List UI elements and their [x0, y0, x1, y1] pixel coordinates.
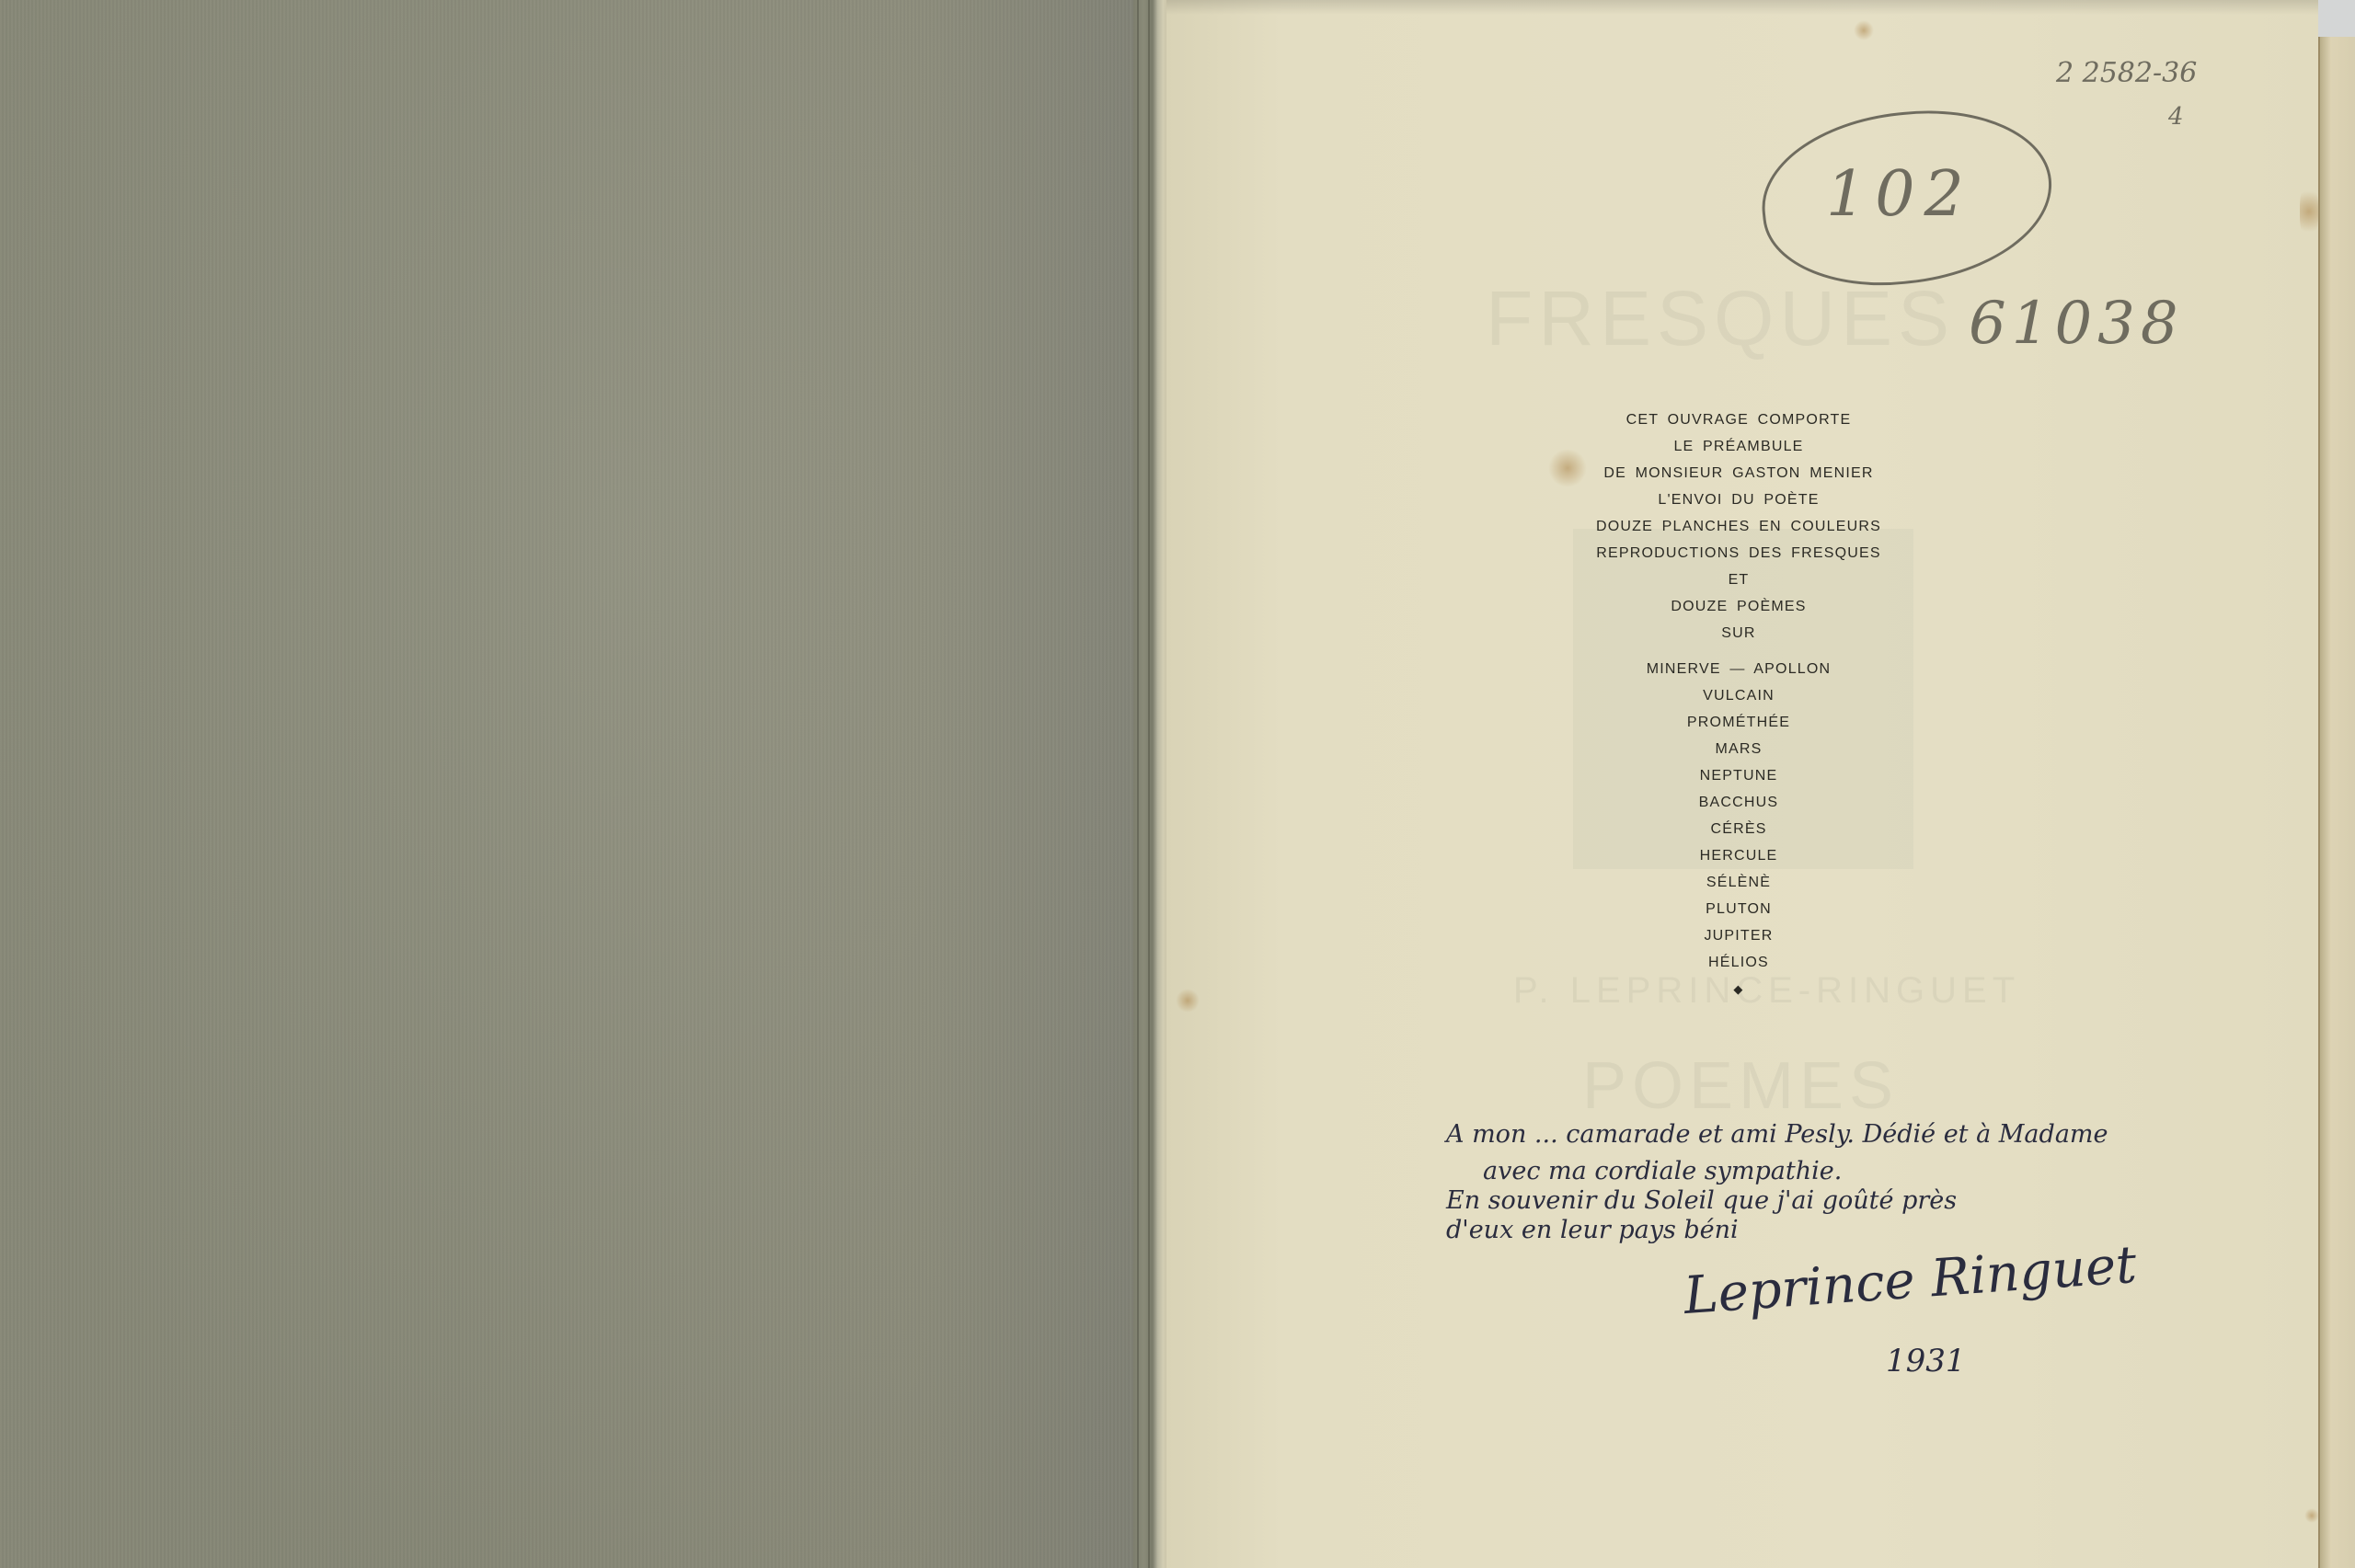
subject-line: VULCAIN	[1417, 682, 2061, 709]
pencil-catalog-number: 2 2582-36	[2056, 57, 2197, 89]
subject-line: BACCHUS	[1417, 789, 2061, 816]
subject-line: SÉLÈNÈ	[1417, 869, 2061, 896]
subject-line: JUPITER	[1417, 922, 2061, 949]
pencil-sub-number: 4	[2168, 103, 2184, 131]
show-through-title: FRESQUES	[1486, 274, 1955, 363]
foxing-stain	[2304, 1508, 2319, 1523]
printed-contents-block: CET OUVRAGE COMPORTE LE PRÉAMBULE DE MON…	[1417, 406, 2061, 1002]
show-through-heading: POEMES	[1582, 1048, 1899, 1124]
printed-line: DE MONSIEUR GASTON MENIER	[1417, 460, 2061, 486]
page-top-shadow	[1166, 0, 2318, 15]
foxing-stain	[1176, 989, 1200, 1013]
foxing-stain	[1854, 20, 1874, 40]
printed-line: L'ENVOI DU POÈTE	[1417, 486, 2061, 513]
spine-fold-line	[1148, 0, 1150, 1568]
pencil-inventory-number: 61038	[1969, 290, 2184, 358]
subject-line: HÉLIOS	[1417, 949, 2061, 976]
printed-line: LE PRÉAMBULE	[1417, 433, 2061, 460]
foxing-stain	[2300, 184, 2318, 239]
printed-line: REPRODUCTIONS DES FRESQUES	[1417, 540, 2061, 567]
subject-line: NEPTUNE	[1417, 762, 2061, 789]
dedication-year: 1931	[1886, 1343, 1966, 1379]
subject-line: MARS	[1417, 736, 2061, 762]
subject-line: MINERVE — APOLLON	[1417, 656, 2061, 682]
subject-line: CÉRÈS	[1417, 816, 2061, 842]
dedication-line: En souvenir du Soleil que j'ai goûté prè…	[1446, 1186, 1957, 1215]
printed-line: DOUZE PLANCHES EN COULEURS	[1417, 513, 2061, 540]
printed-line: ET	[1417, 567, 2061, 593]
dedication-line: d'eux en leur pays béni	[1446, 1216, 1739, 1244]
spine-fold-line	[1137, 0, 1139, 1568]
subject-line: HERCULE	[1417, 842, 2061, 869]
printed-line: CET OUVRAGE COMPORTE	[1417, 406, 2061, 433]
diamond-ornament-icon: ◆	[1417, 976, 2061, 1002]
printed-line: DOUZE POÈMES	[1417, 593, 2061, 620]
background-surface	[2318, 0, 2355, 37]
subject-line: PROMÉTHÉE	[1417, 709, 2061, 736]
dedication-line: A mon ... camarade et ami Pesly. Dédié e…	[1446, 1120, 2108, 1149]
book-spine-gutter	[1133, 0, 1168, 1568]
cover-shading	[0, 0, 1148, 1568]
subject-line: PLUTON	[1417, 896, 2061, 922]
dedication-line: avec ma cordiale sympathie.	[1483, 1157, 1842, 1185]
page-block-edge	[2318, 37, 2355, 1568]
printed-line: SUR	[1417, 620, 2061, 647]
pencil-circled-number: 102	[1826, 158, 1973, 231]
spacer	[1417, 647, 2061, 656]
